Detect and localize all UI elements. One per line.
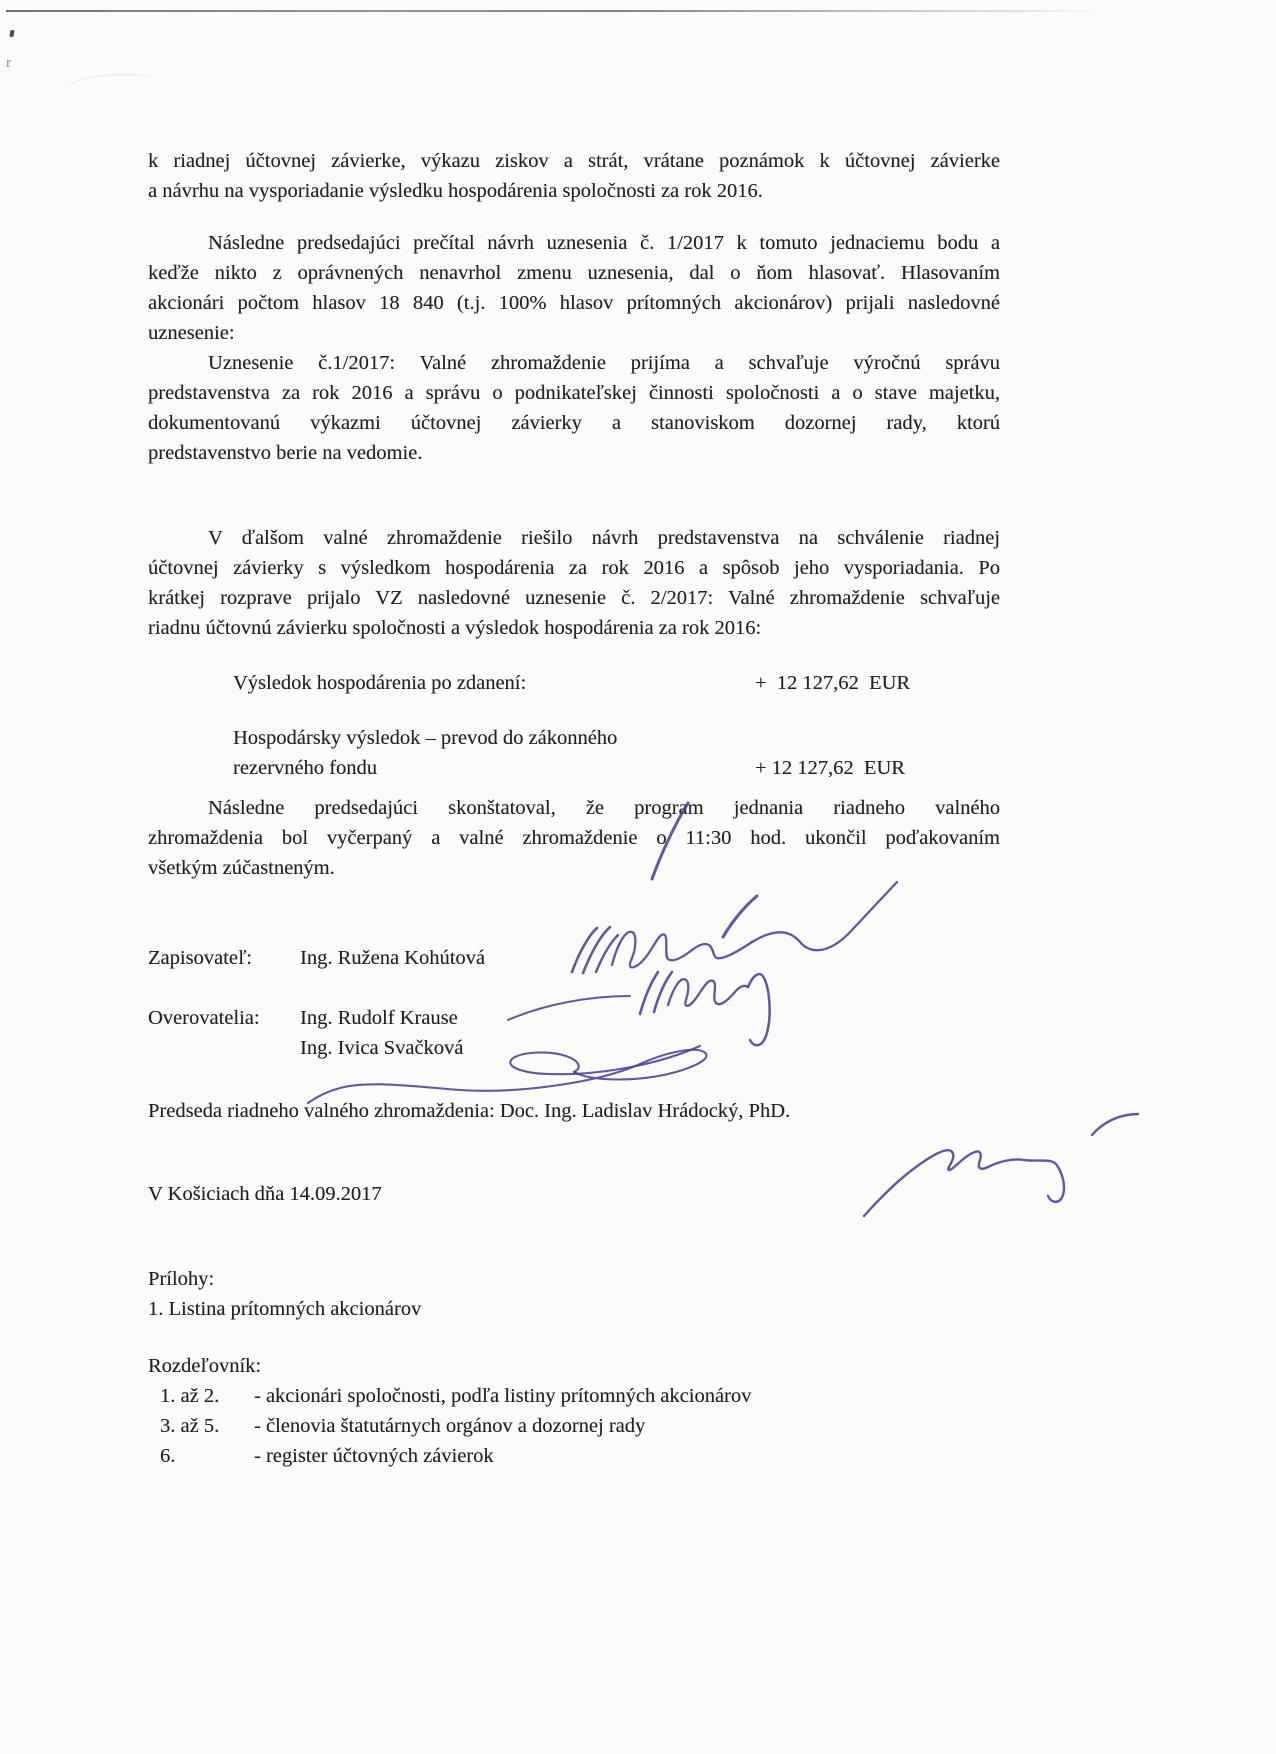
signature-kohutova xyxy=(572,803,897,973)
handwritten-signatures-overlay xyxy=(0,0,1276,1754)
signature-krause xyxy=(308,972,770,1103)
signature-hradocky xyxy=(864,1114,1138,1216)
scanned-document-page: r k riadnej účtovnej závierke, výkazu zi… xyxy=(0,0,1276,1754)
